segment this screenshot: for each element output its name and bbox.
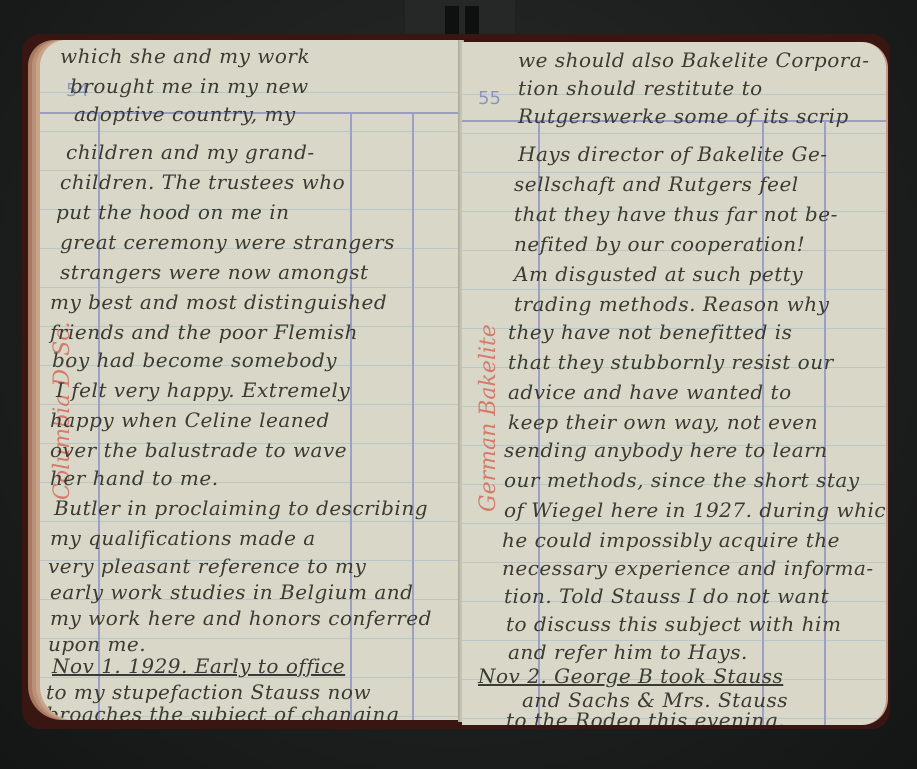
text-line: put the hood on me in <box>56 200 290 224</box>
text-line: tion. Told Stauss I do not want <box>504 584 829 608</box>
text-line: he could impossibly acquire the <box>502 528 840 552</box>
left-page: 54 Columbia D. Sc. which she and my work… <box>40 40 460 720</box>
date-entry: Nov 2. George B took Stauss <box>478 664 783 688</box>
text-line: trading methods. Reason why <box>514 292 829 316</box>
text-line: Rutgerswerke some of its scrip <box>518 104 849 128</box>
text-line: strangers were now amongst <box>60 260 369 284</box>
text-line: brought me in my new <box>70 74 309 98</box>
text-line: sending anybody here to learn <box>504 438 828 462</box>
text-line: Hays director of Bakelite Ge- <box>518 142 828 166</box>
text-line: our methods, since the short stay <box>504 468 860 492</box>
text-line: that they stubbornly resist our <box>508 350 834 374</box>
text-line: my work here and honors conferred <box>50 606 432 630</box>
text-line: over the balustrade to wave <box>50 438 347 462</box>
text-line: upon me. <box>48 632 146 656</box>
text-line: happy when Celine leaned <box>50 408 330 432</box>
right-page: 55 German Bakelite we should also Bakeli… <box>462 42 888 725</box>
margin-note: German Bakelite <box>476 324 501 512</box>
text-line: Butler in proclaiming to describing <box>54 496 428 520</box>
text-line: friends and the poor Flemish <box>50 320 358 344</box>
page-number: 55 <box>478 88 501 109</box>
text-line: broaches the subject of changing <box>46 702 399 720</box>
text-line: keep their own way, not even <box>508 410 818 434</box>
text-line: early work studies in Belgium and <box>50 580 413 604</box>
text-line: we should also Bakelite Corpora- <box>518 48 870 72</box>
text-line: children and my grand- <box>66 140 315 164</box>
text-line: to discuss this subject with him <box>506 612 841 636</box>
text-line: which she and my work <box>60 44 310 68</box>
text-line: tion should restitute to <box>518 76 763 100</box>
text-line: to the Rodeo this evening. <box>506 708 785 725</box>
text-line: that they have thus far not be- <box>514 202 838 226</box>
text-line: boy had become somebody <box>52 348 337 372</box>
text-line: advice and have wanted to <box>508 380 792 404</box>
text-line: of Wiegel here in 1927. during which <box>504 498 888 522</box>
text-line: I felt very happy. Extremely <box>56 378 350 402</box>
text-line: nefited by our cooperation! <box>514 232 805 256</box>
text-line: my best and most distinguished <box>50 290 387 314</box>
text-line: very pleasant reference to my <box>48 554 366 578</box>
text-line: Am disgusted at such petty <box>514 262 803 286</box>
text-line: my qualifications made a <box>50 526 316 550</box>
text-line: to my stupefaction Stauss now <box>46 680 371 704</box>
text-line: adoptive country, my <box>74 102 296 126</box>
text-line: her hand to me. <box>50 466 219 490</box>
date-entry: Nov 1. 1929. Early to office <box>52 654 345 678</box>
text-line: they have not benefitted is <box>508 320 792 344</box>
text-line: sellschaft and Rutgers feel <box>514 172 799 196</box>
text-line: necessary experience and informa- <box>502 556 874 580</box>
text-line: great ceremony were strangers <box>60 230 395 254</box>
text-line: children. The trustees who <box>60 170 345 194</box>
text-line: and refer him to Hays. <box>508 640 748 664</box>
